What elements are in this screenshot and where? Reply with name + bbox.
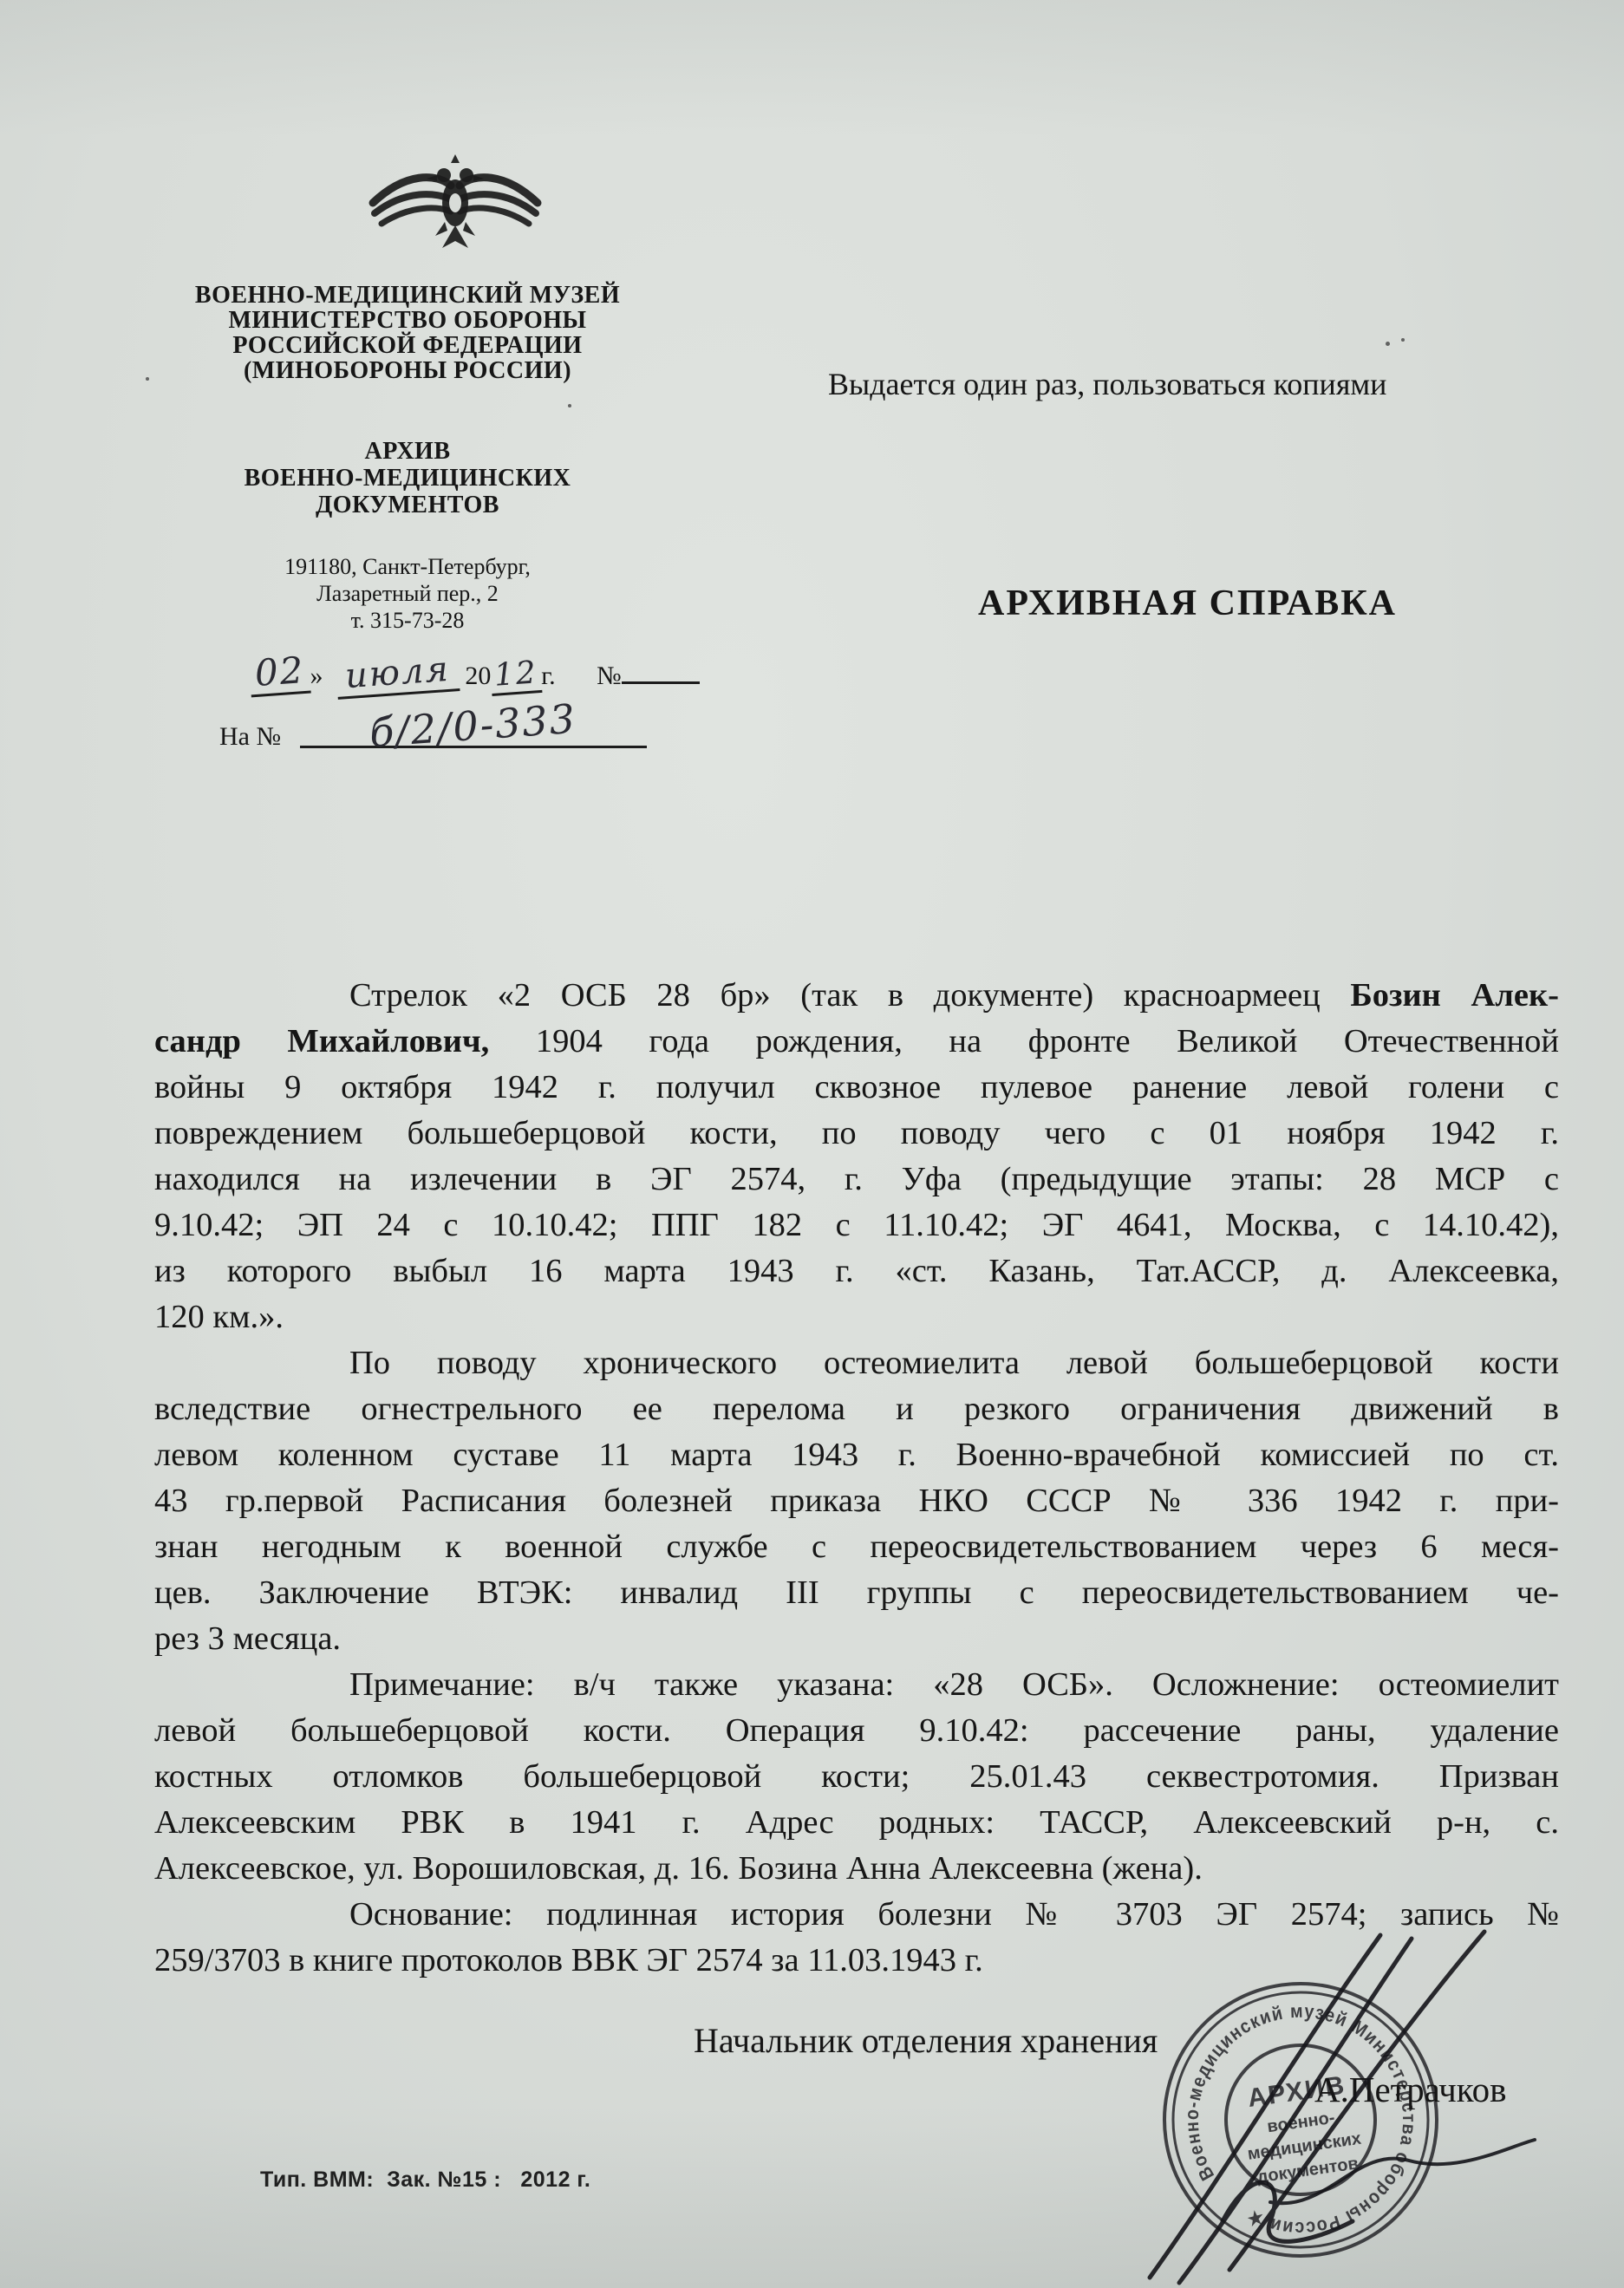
body-text-line: из которого выбыл 16 марта 1943 г. «ст. … [154,1248,1559,1294]
address-block: 191180, Санкт-Петербург, Лазаретный пер.… [147,553,668,634]
body-text-line: 9.10.42; ЭП 24 с 10.10.42; ППГ 182 с 11.… [154,1203,1559,1248]
archive-line: ДОКУМЕНТОВ [147,492,668,518]
address-line: т. 315-73-28 [147,607,668,634]
signatory-position: Начальник отделения хранения [694,2020,1158,2061]
body-text-line: сандр Михайлович, 1904 года рождения, на… [154,1019,1559,1065]
year-prefix: 20 [465,662,491,690]
body-text-line: 43 гр.первой Расписания болезней приказа… [154,1478,1559,1524]
document-title: АРХИВНАЯ СПРАВКА [978,583,1397,624]
org-line: РОССИЙСКОЙ ФЕДЕРАЦИИ [147,333,668,358]
organization-name-block: ВОЕННО-МЕДИЦИНСКИЙ МУЗЕЙ МИНИСТЕРСТВО ОБ… [147,283,668,383]
number-blank-line [622,655,700,684]
pen-signature-strokes [1092,1899,1578,2288]
print-shop-imprint: Тип. ВММ: Зак. №15 : 2012 г. [260,2167,590,2193]
body-text-line: войны 9 октября 1942 г. получил сквозное… [154,1065,1559,1111]
scan-speck [568,404,571,407]
body-text-line: повреждением большеберцовой кости, по по… [154,1111,1559,1157]
scan-speck [1401,338,1405,342]
org-line: ВОЕННО-МЕДИЦИНСКИЙ МУЗЕЙ [147,283,668,308]
body-text-line: рез 3 месяца. [154,1616,1559,1662]
body-text-line: 120 км.». [154,1294,1559,1340]
body-text-line: левой большеберцовой кости. Операция 9.1… [154,1708,1559,1754]
address-line: Лазаретный пер., 2 [147,580,668,607]
body-text-line: По поводу хронического остеомиелита лево… [154,1340,1559,1386]
handwritten-day: 02 [248,649,311,698]
certificate-body-text: Стрелок «2 ОСБ 28 бр» (так в документе) … [154,973,1559,1984]
number-label: № [597,662,622,690]
archive-line: АРХИВ [147,438,668,465]
body-text-line: находился на излечении в ЭГ 2574, г. Уфа… [154,1157,1559,1203]
org-line: (МИНОБОРОНЫ РОССИИ) [147,358,668,383]
body-text-line: Алексеевским РВК в 1941 г. Адрес родных:… [154,1800,1559,1846]
ref-blank-line: б/2/0-333 [300,707,647,748]
body-text-line: Стрелок «2 ОСБ 28 бр» (так в документе) … [154,973,1559,1019]
scan-speck [146,377,149,381]
reference-form-line: На № б/2/0-333 [219,707,705,759]
year-suffix: г. [541,662,555,690]
scan-speck [247,323,250,325]
handwritten-month: июля [335,649,460,700]
body-text-line: вследствие огнестрельного ее перелома и … [154,1386,1559,1432]
archival-certificate-document: { "page": { "paper_color": "#d8dcd8", "i… [0,0,1624,2288]
date-form-line: 02» июля 2012г. № [250,650,701,699]
body-text-line: Примечание: в/ч также указана: «28 ОСБ».… [154,1662,1559,1708]
body-text-line: костных отломков большеберцовой кости; 2… [154,1754,1559,1800]
archive-line: ВОЕННО-МЕДИЦИНСКИХ [147,465,668,492]
scan-speck [1386,342,1390,346]
address-line: 191180, Санкт-Петербург, [147,553,668,580]
handwritten-year: 12 [490,655,543,696]
body-text-line: знан негодным к военной службе с переосв… [154,1524,1559,1570]
org-line: МИНИСТЕРСТВО ОБОРОНЫ [147,308,668,333]
body-text-line: цев. Заключение ВТЭК: инвалид III группы… [154,1570,1559,1616]
quote-mark: » [310,662,323,690]
body-text-line: левом коленном суставе 11 марта 1943 г. … [154,1432,1559,1478]
archive-name-block: АРХИВ ВОЕННО-МЕДИЦИНСКИХ ДОКУМЕНТОВ [147,438,668,518]
usage-notice: Выдается один раз, пользоваться копиями [828,366,1574,402]
body-text-line: Алексеевское, ул. Ворошиловская, д. 16. … [154,1846,1559,1892]
ref-label: На № [219,722,281,751]
eagle-emblem-icon [364,149,546,262]
